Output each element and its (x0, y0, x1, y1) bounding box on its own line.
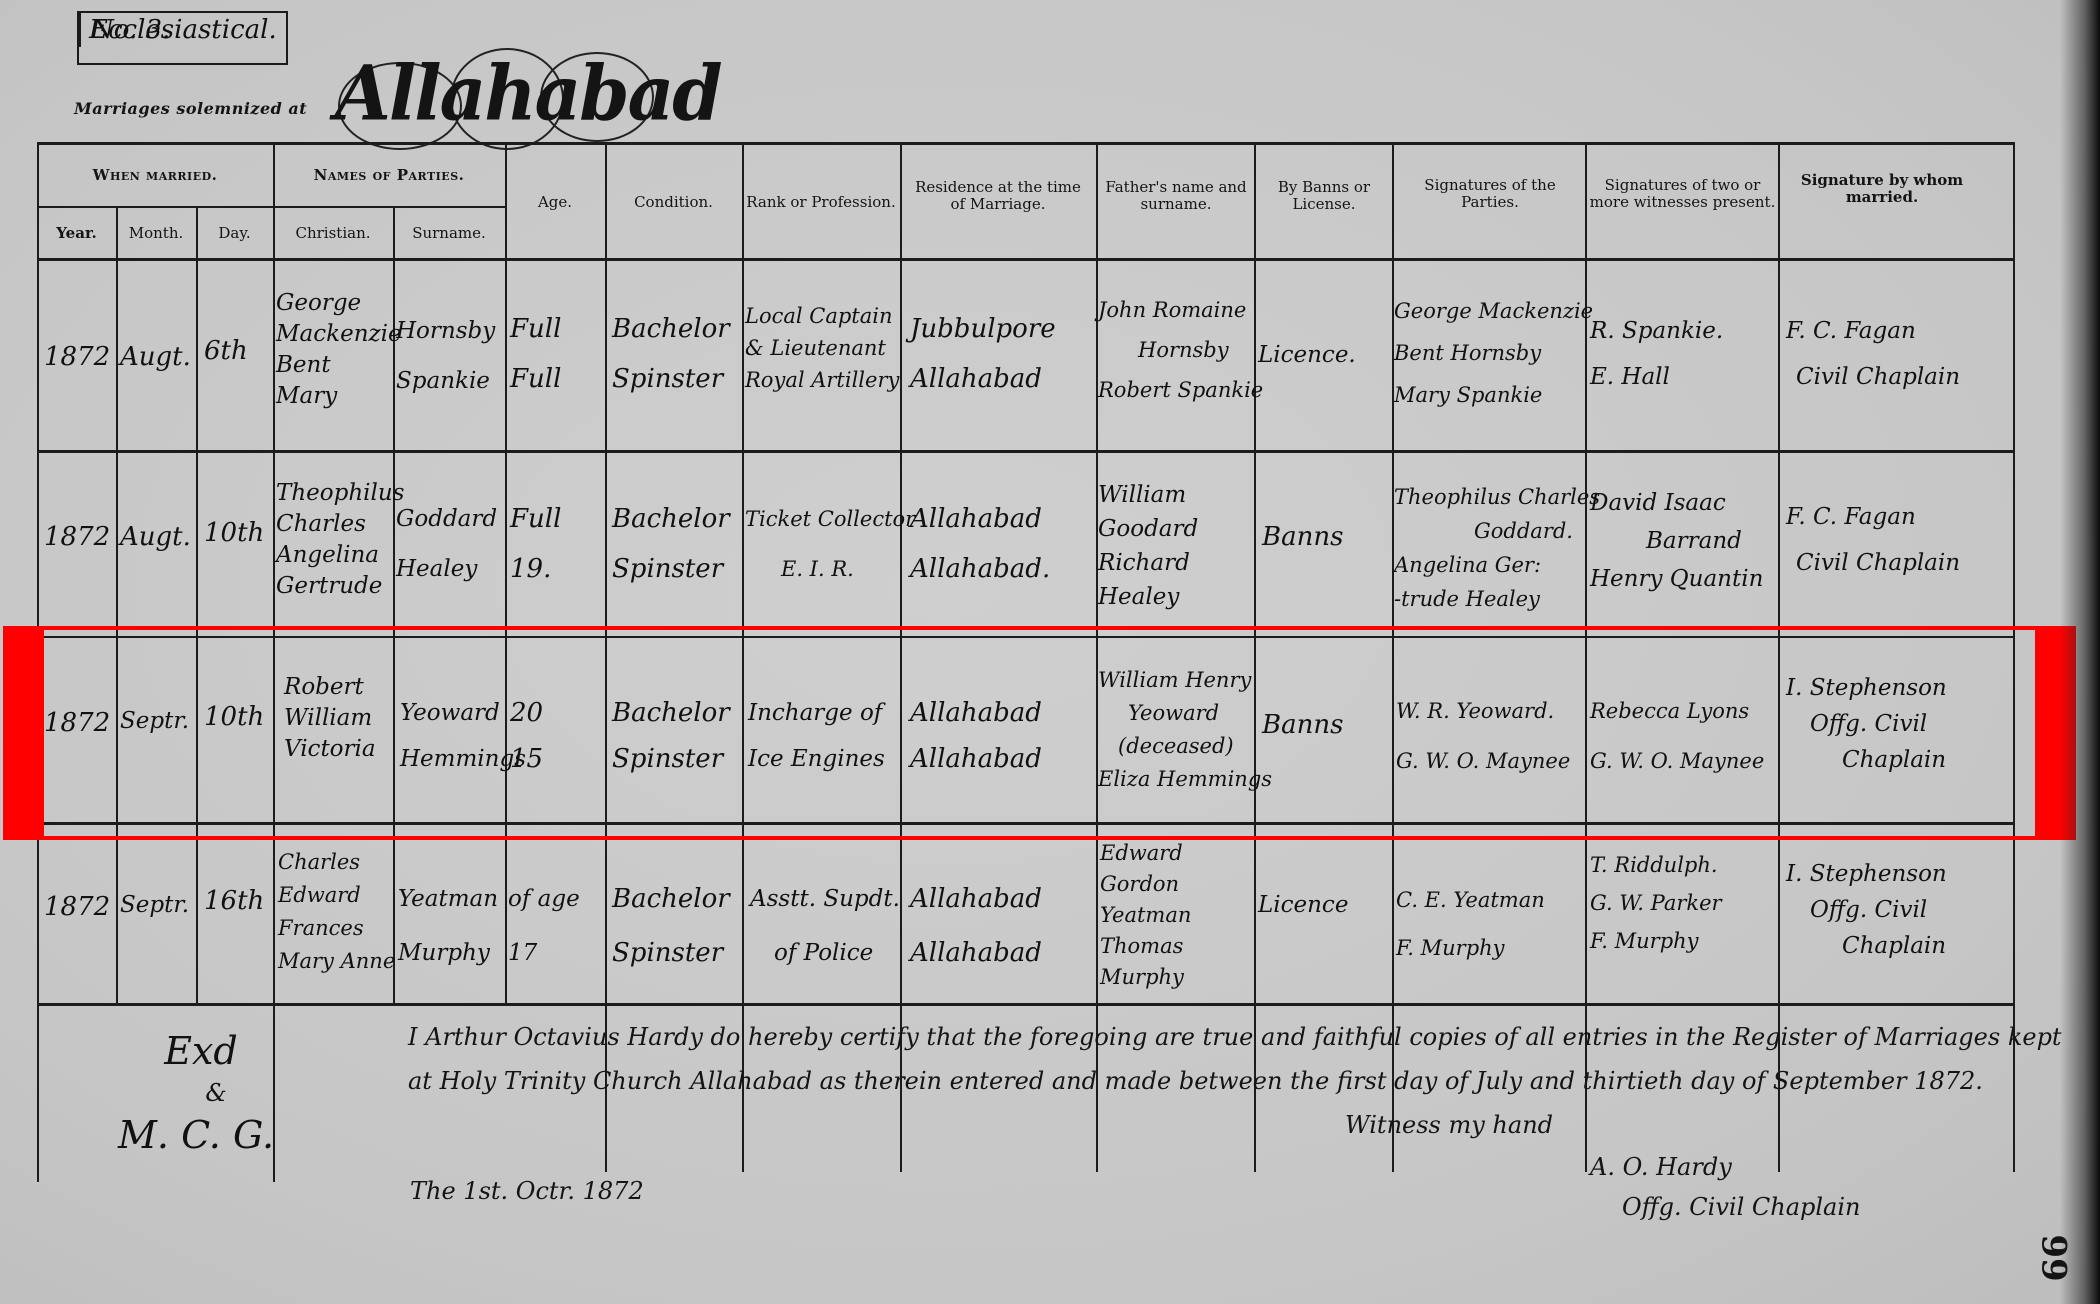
cell-surname: Goddard Healey (396, 494, 497, 594)
cell-residence: Allahabad Allahabad (910, 872, 1042, 980)
cell-month: Septr. (120, 890, 189, 921)
header-signatures-parties: Signatures of the Parties. (1400, 146, 1580, 242)
header-age: Age. (505, 146, 605, 258)
chaplain-signature: A. O. Hardy (1590, 1150, 1732, 1184)
column-border (116, 206, 118, 1003)
cell-married-by: I. Stephenson Offg. Civil Chaplain (1786, 856, 1947, 964)
header-married-by: Signature by whom married. (1782, 146, 1982, 232)
header-day: Day. (196, 208, 273, 258)
cell-age: Full Full (510, 304, 561, 404)
cell-father: Edward Gordon Yeatman Thomas Murphy (1100, 838, 1191, 993)
cell-month: Augt. (120, 340, 191, 374)
header-condition: Condition. (605, 146, 742, 258)
certification-line-2: at Holy Trinity Church Allahabad as ther… (408, 1064, 1983, 1098)
page-edge-shadow (2060, 0, 2100, 1304)
witness-my-hand: Witness my hand (1345, 1108, 1553, 1142)
cell-surname: Yeatman Murphy (398, 872, 498, 980)
table-top-border (37, 142, 2013, 145)
cell-year: 1872 (44, 340, 110, 374)
cell-condition: Bachelor Spinster (612, 304, 730, 404)
place-name: Allahabad (335, 48, 721, 137)
column-border (505, 142, 507, 1003)
header-father: Father's name and surname. (1098, 146, 1254, 246)
cell-witnesses: R. Spankie. E. Hall (1590, 308, 1723, 400)
heading-prefix: Marriages solemnized at (74, 99, 307, 118)
row-divider (37, 1003, 2013, 1006)
cell-condition: Bachelor Spinster (612, 872, 730, 980)
header-christian: Christian. (273, 208, 393, 258)
header-banns: By Banns or License. (1256, 146, 1392, 246)
header-rank: Rank or Profession. (742, 146, 900, 258)
cell-year: 1872 (44, 890, 110, 924)
cell-rank: Asstt. Supdt. of Police (750, 872, 900, 980)
cell-day: 16th (204, 884, 264, 918)
cell-witnesses: David Isaac Barrand Henry Quantin (1590, 484, 1763, 598)
cell-rank: Local Captain & Lieutenant Royal Artille… (745, 300, 899, 396)
cell-married-by: F. C. Fagan Civil Chaplain (1786, 308, 1960, 400)
cell-signatures-parties: George Mackenzie Bent Hornsby Mary Spank… (1394, 290, 1593, 416)
cell-residence: Jubbulpore Allahabad (910, 304, 1056, 404)
cell-christian: George Mackenzie Bent Mary (276, 288, 402, 412)
cell-christian: Theophilus Charles Angelina Gertrude (276, 478, 404, 602)
header-when-married: When married. (37, 146, 273, 204)
cell-father: John Romaine Hornsby Robert Spankie (1098, 290, 1263, 410)
cell-day: 6th (204, 334, 248, 368)
header-witnesses: Signatures of two or more witnesses pres… (1587, 146, 1778, 242)
cell-year: 1872 (44, 520, 110, 554)
cell-age: Full 19. (510, 494, 561, 594)
cell-signatures-parties: C. E. Yeatman F. Murphy (1396, 876, 1545, 972)
header-month: Month. (116, 208, 196, 258)
cell-month: Augt. (120, 520, 191, 554)
examined-note: Exd & M. C. G. (118, 1030, 274, 1156)
certification-date: The 1st. Octr. 1872 (410, 1174, 644, 1208)
cell-age: of age 17 (508, 872, 580, 980)
header-surname: Surname. (393, 208, 505, 258)
cell-signatures-parties: Theophilus Charles Goddard. Angelina Ger… (1394, 480, 1600, 616)
cell-christian: Charles Edward Frances Mary Anne (278, 846, 395, 978)
cell-banns: Banns (1262, 520, 1343, 554)
register-page: Ecclesiastical. No. 3. Marriages solemni… (0, 0, 2100, 1304)
cell-residence: Allahabad Allahabad. (910, 494, 1050, 594)
cell-day: 10th (204, 516, 264, 550)
stamp-number: No. 3. (79, 13, 180, 47)
column-border (196, 206, 198, 1003)
header-residence: Residence at the time of Marriage. (910, 146, 1086, 246)
certification-line-1: I Arthur Octavius Hardy do hereby certif… (408, 1020, 2062, 1054)
chaplain-title: Offg. Civil Chaplain (1622, 1190, 1861, 1224)
cell-surname: Hornsby Spankie (396, 306, 495, 406)
row-highlight-box (3, 626, 2076, 840)
header-names-of-parties: Names of Parties. (273, 146, 505, 204)
header-year: Year. (37, 208, 116, 258)
cell-witnesses: T. Riddulph. G. W. Parker F. Murphy (1590, 846, 1722, 960)
cell-banns: Licence (1258, 890, 1348, 921)
cell-banns: Licence. (1258, 340, 1356, 371)
highlight-left-bar (3, 626, 44, 840)
cell-father: William Goodard Richard Healey (1098, 478, 1198, 614)
cell-rank: Ticket Collector E. I. R. (745, 494, 915, 594)
row-divider (37, 450, 2013, 453)
cell-married-by: F. C. Fagan Civil Chaplain (1786, 494, 1960, 586)
header-bottom-border (37, 258, 2013, 261)
ecclesiastical-stamp: Ecclesiastical. No. 3. (77, 11, 288, 65)
cell-condition: Bachelor Spinster (612, 494, 730, 594)
